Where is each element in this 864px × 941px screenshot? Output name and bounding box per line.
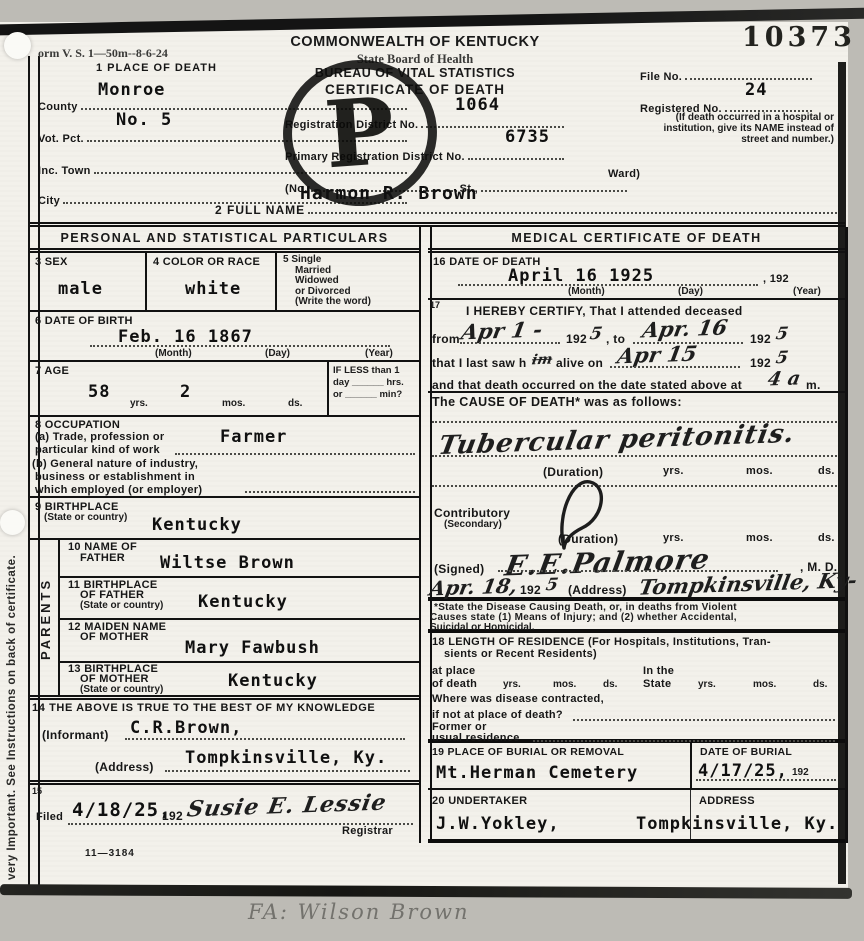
statement-label: 14 THE ABOVE IS TRUE TO THE BEST OF MY K… [32,702,375,714]
sign-year-hand: 5 [544,575,559,595]
county-value: Monroe [98,80,165,100]
age-label: 7 AGE [35,365,69,377]
parents-rows: 10 NAME OF FATHER Wiltse Brown 11 BIRTHP… [60,540,419,695]
dod-year-label: (Year) [793,286,821,297]
undertaker-address-label: ADDRESS [699,795,755,807]
section1-title: 1 PLACE OF DEATH [96,62,217,74]
dotted-rule [533,740,835,742]
filed-label: Filed [36,811,63,823]
medical-column: MEDICAL CERTIFICATE OF DEATH 16 DATE OF … [428,227,848,843]
primary-district-value: 6735 [505,127,550,147]
res-yrs1: yrs. [503,679,521,690]
informant-value: C.R.Brown, [130,718,242,738]
form-number: orm V. S. 1—50m--8-6-24 [38,46,168,61]
stamp-letter: P [322,85,397,182]
race-value: white [185,279,241,299]
sign-year-printed: 192 [520,583,541,597]
mother-name-value: Mary Fawbush [185,638,320,658]
dob-value: Feb. 16 1867 [118,327,253,347]
dob-label: 6 DATE OF BIRTH [35,315,133,327]
dotted-rule [245,491,415,493]
marital-line1: 5 Single [283,255,419,266]
plate-number: 11—3184 [85,848,135,859]
certify-number: 17 [430,300,440,310]
undertaker-address-value: Tompkinsville, Ky. [636,814,838,834]
year-printed-1: 192 [566,332,587,346]
mother-birthplace-row: 13 BIRTHPLACE OF MOTHER (State or countr… [60,663,419,700]
dob-day-label: (Day) [265,348,290,359]
dotted-rule [432,485,837,487]
dotted-rule [685,64,812,80]
father-bp-label3: (State or country) [80,600,163,611]
state-label: State [643,678,671,690]
if-less-line2: day ______ hrs. [333,377,419,389]
registration-district-value: 1064 [455,95,500,115]
burial-row: 19 PLACE OF BURIAL OR REMOVAL Mt.Herman … [428,743,845,790]
sign-date-row: Apr. 18, 192 5 (Address) Tompkinsville, … [428,575,845,601]
sex-cell: 3 SEX male [30,253,145,310]
cause-footnote: *State the Disease Causing Death, or, in… [428,601,845,633]
father-birthplace-row: 11 BIRTHPLACE OF FATHER (State or countr… [60,578,419,620]
full-name-value: Harmon R. Brown [300,183,478,204]
last-saw-value: Apr 15 [616,341,700,369]
parents-block: PARENTS 10 NAME OF FATHER Wiltse Brown 1… [30,540,419,700]
occupation-a1: (a) Trade, profession or [35,431,164,443]
occurred-label: and that death occurred on the date stat… [432,378,742,392]
county-label: County [38,101,78,113]
parents-strip: PARENTS [30,540,60,695]
informant-address-value: Tompkinsville, Ky. [185,748,387,768]
if-less-line1: IF LESS than 1 [333,365,419,377]
scanned-death-certificate: very Important. See Instructions on back… [0,0,864,941]
duration1-mos: mos. [746,465,773,477]
undertaker-address-cell: ADDRESS Tompkinsville, Ky. [690,790,845,839]
duration2-ds: ds. [818,532,835,544]
cause-label: The CAUSE OF DEATH* was as follows: [432,395,682,409]
parents-label: PARENTS [38,578,53,660]
age-yrs-label: yrs. [130,398,148,409]
dotted-rule [725,96,812,112]
undertaker-label: 20 UNDERTAKER [432,795,527,807]
occupation-b2: business or establishment in [35,471,195,483]
contributory-label: Contributory [434,506,510,520]
dod-value: April 16 1925 [508,266,654,286]
certify-from-value: Apr 1 - [460,317,545,345]
serial-number: 10373 [742,22,856,53]
marital-line5: (Write the word) [283,297,419,308]
age-years-value: 58 [88,382,110,402]
dotted-rule [460,342,560,344]
duration2-label: (Duration) [558,532,618,546]
occurred-time-value: 4 a [766,367,802,390]
last-saw-strike: im [531,352,554,369]
sex-value: male [58,279,103,299]
father-name-label2: FATHER [80,552,125,564]
occupation-value: Farmer [220,427,287,447]
dotted-rule [481,176,627,192]
age-row: 7 AGE 58 yrs. 2 mos. ds. IF LESS than 1 … [30,362,419,417]
dotted-rule [458,284,758,286]
city-label: City [38,195,60,207]
undertaker-value: J.W.Yokley, [436,814,560,834]
mother-name-row: 12 MAIDEN NAME OF MOTHER Mary Fawbush [60,620,419,663]
dotted-rule [165,770,410,772]
footnote-line3: Suicidal or Homicidal. [430,622,534,633]
age-mos-label: mos. [222,398,245,409]
in-the-label: In the [643,665,674,677]
hole-punch-middle [0,510,25,535]
father-name-value: Wiltse Brown [160,553,295,573]
dod-row: 16 DATE OF DEATH April 16 1925 , 192 (Mo… [428,253,845,300]
at-place-label: at place [432,665,475,677]
certify-to-value: Apr. 16 [640,315,729,343]
residence-row: 18 LENGTH OF RESIDENCE (For Hospitals, I… [428,633,845,743]
filed-number: 15 [32,786,42,796]
dotted-rule [125,738,405,740]
full-name-label: 2 FULL NAME [215,203,305,217]
burial-date-year: 192 [792,767,809,778]
duration1-yrs: yrs. [663,465,684,477]
race-cell: 4 COLOR OR RACE white [145,253,275,310]
father-name-row: 10 NAME OF FATHER Wiltse Brown [60,540,419,578]
informant-address-label: (Address) [95,760,154,774]
duration2-mos: mos. [746,532,773,544]
age-months-value: 2 [180,382,191,402]
certify-from-label: from [432,332,460,346]
scan-artifact-bottom [0,884,852,899]
res-yrs2: yrs. [698,679,716,690]
personal-title: PERSONAL AND STATISTICAL PARTICULARS [30,227,419,253]
dotted-rule [175,453,415,455]
sex-label: 3 SEX [35,256,68,268]
medical-title: MEDICAL CERTIFICATE OF DEATH [428,227,845,253]
sign-date-value: Apr. 18, [428,573,520,600]
res-mos1: mos. [553,679,576,690]
last-saw-year-hand: 5 [774,348,789,368]
occupation-row: 8 OCCUPATION (a) Trade, profession or pa… [30,417,419,498]
filed-date-value: 4/18/25, [72,799,172,821]
informant-row: 14 THE ABOVE IS TRUE TO THE BEST OF MY K… [30,700,419,785]
registered-no-value: 24 [745,80,767,100]
marital-cell: 5 Single Married Widowed or Divorced (Wr… [275,253,419,310]
filed-row: 15 Filed 4/18/25, 192 Susie E. Lessie Re… [30,785,419,843]
registrar-label: Registrar [342,825,393,837]
duration2-yrs: yrs. [663,532,684,544]
burial-place-cell: 19 PLACE OF BURIAL OR REMOVAL Mt.Herman … [428,743,690,788]
burial-date-value: 4/17/25, [698,761,788,781]
commonwealth-title: COMMONWEALTH OF KENTUCKY [270,34,560,50]
duration1-ds: ds. [818,465,835,477]
occurred-suffix: m. [806,378,821,392]
personal-column: PERSONAL AND STATISTICAL PARTICULARS 3 S… [30,227,419,843]
occupation-label: 8 OCCUPATION [35,419,120,431]
mother-name-label2: OF MOTHER [80,631,149,643]
occupation-b3: which employed (or employer) [35,484,202,496]
to-year-hand: 5 [774,324,789,344]
pencil-annotation: FA: Wilson Brown [248,900,470,924]
board-title: State Board of Health [270,52,560,67]
year-printed-2: 192 [750,332,771,346]
vot-pct-value: No. 5 [116,110,172,130]
contracted-label1: Where was disease contracted, [432,693,604,705]
file-no-label: File No. [640,71,682,83]
marital-line3: Widowed [283,276,419,287]
year-printed-3: 192 [750,356,771,370]
occupation-a2: particular kind of work [35,444,160,456]
registrar-signature: Susie E. Lessie [185,790,389,823]
occupation-b1: (b) General nature of industry, [32,458,198,470]
dob-year-label: (Year) [365,348,393,359]
if-less-line3: or ______ min? [333,389,419,401]
dod-year-suffix: , 192 [763,273,789,285]
burial-value: Mt.Herman Cemetery [436,763,638,783]
contracted-label2: if not at place of death? [432,709,563,721]
sex-race-row: 3 SEX male 4 COLOR OR RACE white 5 Singl… [30,253,419,312]
dotted-rule [696,779,836,781]
mother-bp-value: Kentucky [228,671,318,691]
last-saw-label1: that I last saw h [432,356,526,370]
of-death-label: of death [432,678,477,690]
inc-town-label: Inc. Town [38,165,91,177]
dotted-rule [432,455,837,457]
father-bp-value: Kentucky [198,592,288,612]
burial-date-label: DATE OF BURIAL [700,746,792,758]
birthplace-sub-label: (State or country) [44,512,127,523]
last-saw-label2: alive on [556,356,603,370]
res-mos2: mos. [753,679,776,690]
residence-label1: 18 LENGTH OF RESIDENCE (For Hospitals, I… [432,636,771,648]
filed-year-printed: 192 [162,809,183,823]
dotted-rule [90,345,390,347]
hospital-note: (If death occurred in a hospital or inst… [652,112,834,145]
certificate-body: PERSONAL AND STATISTICAL PARTICULARS 3 S… [30,222,845,843]
res-ds2: ds. [813,679,827,690]
cause-row: The CAUSE OF DEATH* was as follows: Tube… [428,393,845,492]
dotted-rule [610,366,740,368]
sign-address-label: (Address) [568,583,627,597]
birthplace-row: 9 BIRTHPLACE (State or country) Kentucky [30,498,419,540]
vot-pct-label: Vot. Pct. [38,133,84,145]
birthplace-value: Kentucky [152,515,242,535]
informant-label: (Informant) [42,728,109,742]
dotted-rule [573,719,835,721]
file-no-line: File No. [640,64,815,83]
secondary-label: (Secondary) [444,519,502,530]
residence-label2: sients or Recent Residents) [444,648,597,660]
margin-instruction-note: very Important. See Instructions on back… [6,555,18,880]
dob-month-label: (Month) [155,348,192,359]
undertaker-row: 20 UNDERTAKER J.W.Yokley, ADDRESS Tompki… [428,790,845,843]
signed-label: (Signed) [434,562,484,576]
dod-day-label: (Day) [678,286,703,297]
burial-date-cell: DATE OF BURIAL 4/17/25, 192 [690,743,845,788]
ward-label: Ward) [608,168,640,180]
contributory-row: Contributory (Secondary) (Duration) yrs.… [428,492,845,548]
burial-label: 19 PLACE OF BURIAL OR REMOVAL [432,746,624,758]
from-year-hand: 5 [588,324,603,344]
res-ds1: ds. [603,679,617,690]
if-less-box: IF LESS than 1 day ______ hrs. or ______… [327,362,419,415]
hole-punch-top [4,32,31,59]
dob-row: 6 DATE OF BIRTH Feb. 16 1867 (Month) (Da… [30,312,419,362]
age-ds-label: ds. [288,398,302,409]
certify-row: 17 I HEREBY CERTIFY, That I attended dec… [428,300,845,393]
dod-month-label: (Month) [568,286,605,297]
race-label: 4 COLOR OR RACE [153,256,260,268]
mother-bp-label3: (State or country) [80,684,163,695]
